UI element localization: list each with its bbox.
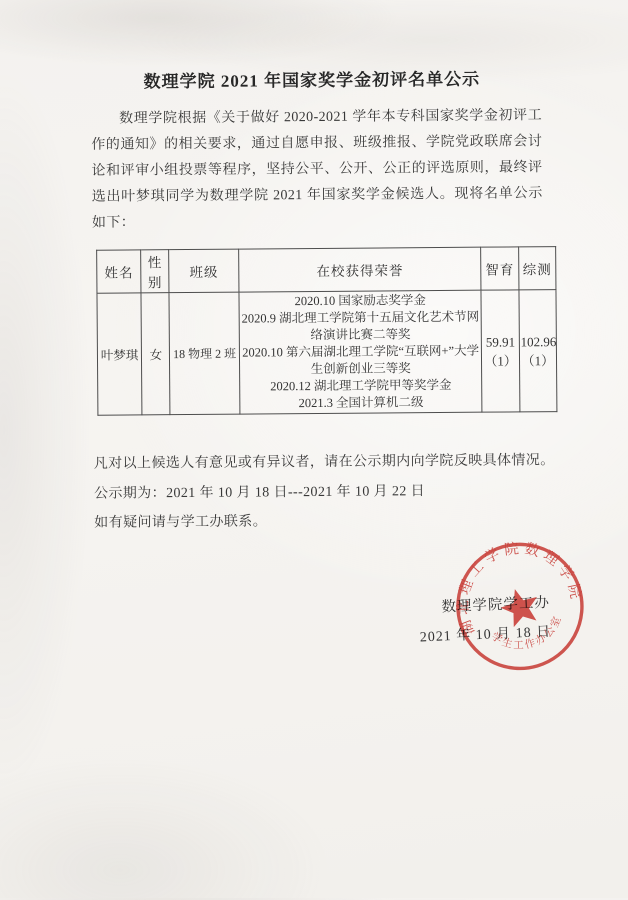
honor-item: 2020.9 湖北理工学院第十五届文化艺术节网络演讲比赛二等奖 xyxy=(241,309,481,345)
scanned-document: 数理学院 2021 年国家奖学金初评名单公示 数理学院根据《关于做好 2020-… xyxy=(0,0,628,898)
honor-item: 2021.3 全国计算机二级 xyxy=(241,394,481,413)
cell-zongce: 102.96 （1） xyxy=(519,290,557,412)
table-header-row: 姓名 性别 班级 在校获得荣誉 智育 综测 xyxy=(97,247,556,294)
zhiyu-rank: （1） xyxy=(483,351,517,370)
zongce-score: 102.96 xyxy=(521,332,555,351)
table-row: 叶梦琪 女 18 物理 2 班 2020.10 国家励志奖学金 2020.9 湖… xyxy=(97,290,557,416)
cell-honors: 2020.10 国家励志奖学金 2020.9 湖北理工学院第十五届文化艺术节网络… xyxy=(239,290,483,414)
honor-item: 2020.12 湖北理工学院甲等奖学金 xyxy=(241,377,481,396)
notes-block: 凡对以上候选人有意见或有异议者，请在公示期内向学院反映具体情况。 公示期为：20… xyxy=(94,446,570,538)
seal-top-text: 湖北理工学院数理学院 xyxy=(438,524,586,638)
zhiyu-score: 59.91 xyxy=(483,332,517,351)
note-line: 如有疑问请与学工办联系。 xyxy=(94,505,569,538)
intro-paragraph: 数理学院根据《关于做好 2020-2021 学年本专科国家奖学金初评工作的通知》… xyxy=(91,103,543,237)
cell-zhiyu: 59.91 （1） xyxy=(481,290,519,412)
honor-item: 2020.10 第六届湖北理工学院“互联网+”大学生创新创业三等奖 xyxy=(241,343,481,379)
col-header-zhiyu: 智育 xyxy=(481,247,519,290)
star-icon xyxy=(497,584,544,629)
col-header-class: 班级 xyxy=(169,249,239,293)
zongce-rank: （1） xyxy=(521,351,555,370)
honor-item: 2020.10 国家励志奖学金 xyxy=(240,292,480,311)
official-seal: 湖北理工学院数理学院 学生工作办公室 xyxy=(433,519,607,693)
col-header-zongce: 综测 xyxy=(518,247,556,290)
cell-gender: 女 xyxy=(141,293,170,415)
cell-class: 18 物理 2 班 xyxy=(169,292,239,415)
col-header-gender: 性别 xyxy=(141,250,170,293)
note-line: 公示期为：2021 年 10 月 18 日---2021 年 10 月 22 日 xyxy=(94,476,569,509)
col-header-name: 姓名 xyxy=(97,250,142,293)
candidate-table: 姓名 性别 班级 在校获得荣誉 智育 综测 叶梦琪 女 18 物理 2 班 20… xyxy=(96,246,557,416)
page-title: 数理学院 2021 年国家奖学金初评名单公示 xyxy=(0,64,626,94)
note-line: 凡对以上候选人有意见或有异议者，请在公示期内向学院反映具体情况。 xyxy=(94,446,569,479)
col-header-honors: 在校获得荣誉 xyxy=(239,247,482,292)
cell-name: 叶梦琪 xyxy=(97,293,142,415)
